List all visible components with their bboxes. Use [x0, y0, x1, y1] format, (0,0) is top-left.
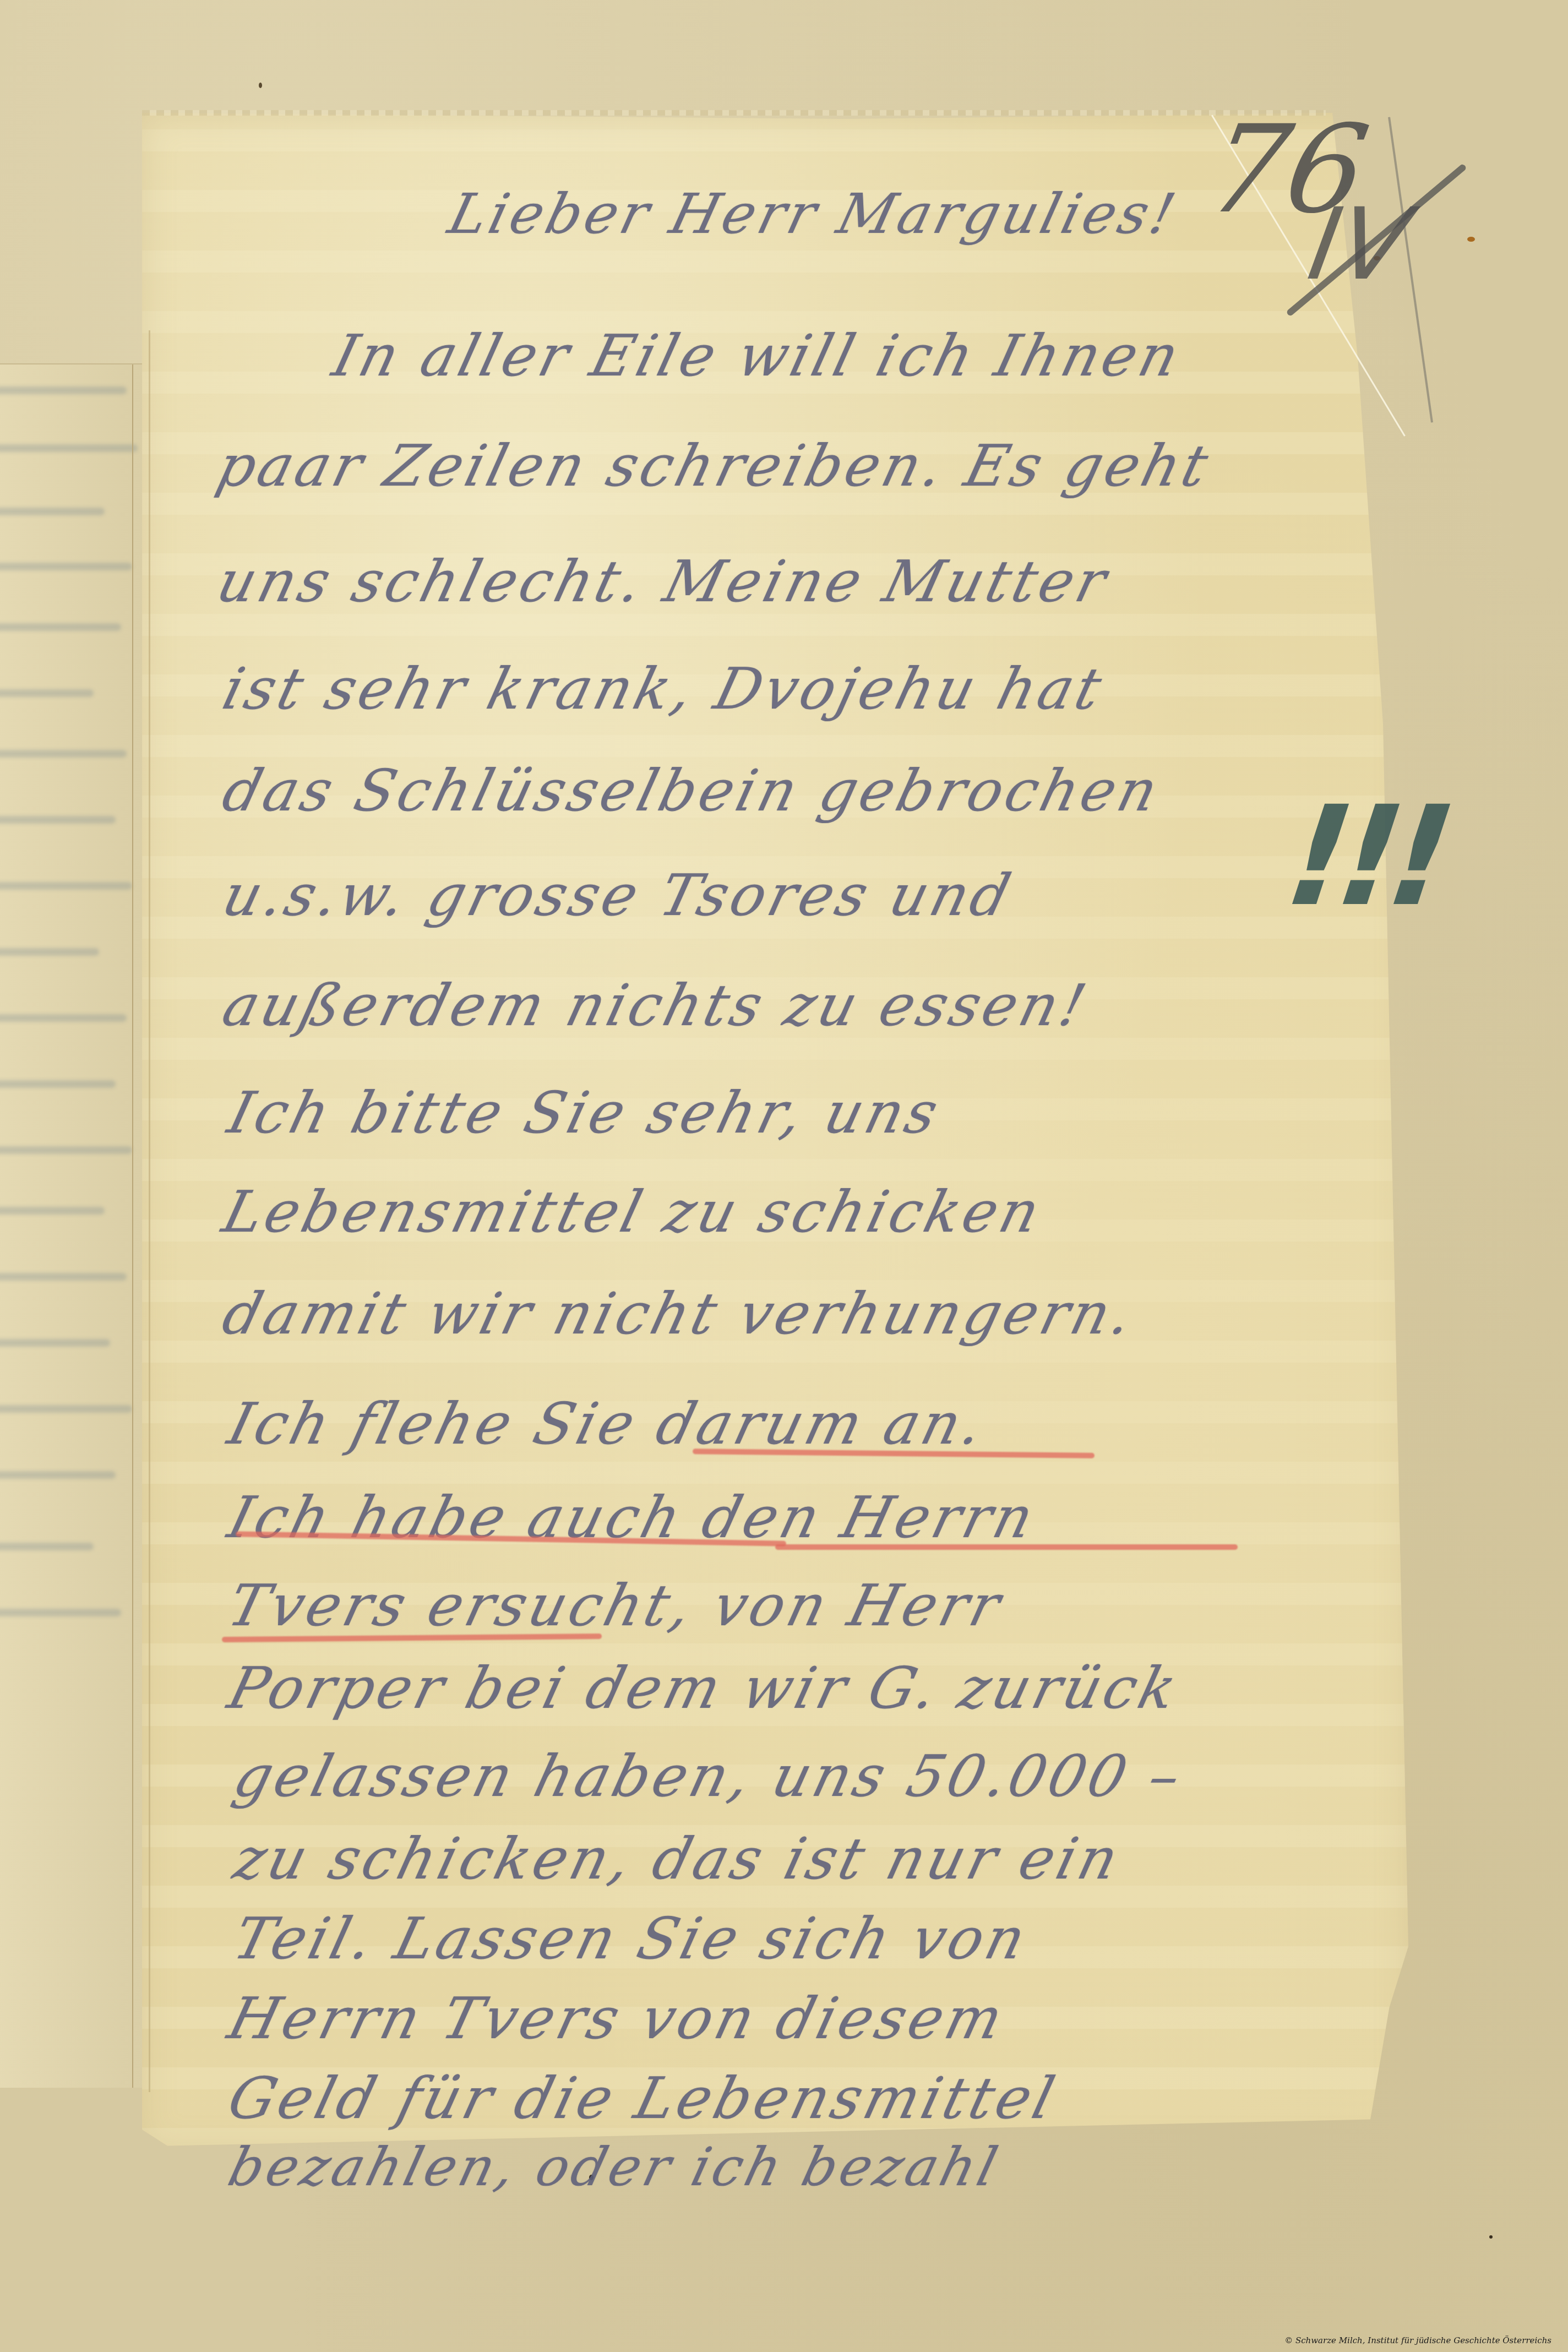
paper-speck: [259, 83, 262, 88]
faint-writing: [0, 1080, 116, 1088]
faint-writing: [0, 444, 138, 452]
letter-line: ist sehr krank, Dvojehu hat: [216, 655, 1112, 722]
letter-line: In aller Eile will ich Ihnen: [326, 322, 1189, 389]
faint-writing: [0, 1471, 116, 1479]
faint-writing: [0, 689, 94, 697]
faint-writing: [0, 563, 132, 570]
fold-line: [132, 364, 133, 2088]
letter-line: außerdem nichts zu essen!: [216, 972, 1096, 1039]
letter-line: paar Zeilen schreiben. Es geht: [211, 432, 1218, 499]
letter-line: Tvers ersucht, von Herr: [222, 1572, 1010, 1639]
letter-line: uns schlecht. Meine Mutter: [211, 548, 1117, 615]
faint-writing: [0, 1339, 110, 1347]
faint-writing: [0, 1543, 94, 1550]
faint-writing: [0, 882, 132, 890]
faint-writing: [0, 1146, 132, 1154]
faint-writing: [0, 386, 127, 394]
letter-body: Lieber Herr Margulies! In aller Eile wil…: [142, 113, 1408, 2150]
faint-writing: [0, 750, 127, 758]
letter-line: das Schlüsselbein gebrochen: [216, 757, 1168, 824]
faint-writing: [0, 1207, 105, 1215]
faint-writing: [0, 508, 105, 515]
copyright-notice: © Schwarze Milch, Institut für jüdische …: [1284, 2335, 1551, 2345]
letter-line: Geld für die Lebensmittel: [222, 2065, 1064, 2132]
letter-line: gelassen haben, uns 50.000 –: [227, 1743, 1191, 1810]
paper-speck: [1489, 2235, 1493, 2239]
letter-line: damit wir nicht verhungern.: [216, 1280, 1142, 1347]
red-underline: [775, 1544, 1238, 1550]
letter-line: Herrn Tvers von diesem: [222, 1985, 1012, 2052]
faint-writing: [0, 948, 99, 956]
letter-line: Teil. Lassen Sie sich von: [227, 1905, 1036, 1972]
faint-writing: [0, 816, 116, 824]
faint-writing: [0, 1273, 127, 1281]
letter-line: u.s.w. grosse Tsores und: [216, 862, 1020, 929]
underlying-page: [0, 363, 148, 2088]
letter-line: zu schicken, das ist nur ein: [227, 1825, 1128, 1892]
letter-line: Ich flehe Sie darum an.: [222, 1390, 993, 1457]
faint-writing: [0, 623, 121, 631]
letter-line: Lebensmittel zu schicken: [216, 1178, 1049, 1245]
faint-writing: [0, 1609, 121, 1616]
salutation: Lieber Herr Margulies!: [442, 182, 1184, 246]
letter-line: Porper bei dem wir G. zurück: [222, 1654, 1186, 1722]
faint-writing: [0, 1014, 127, 1022]
paper-speck: [1467, 237, 1475, 242]
letter-line: Ich bitte Sie sehr, uns: [222, 1079, 948, 1146]
letter-line: bezahlen, oder ich bezahl: [222, 2136, 1006, 2198]
faint-writing: [0, 1405, 132, 1413]
